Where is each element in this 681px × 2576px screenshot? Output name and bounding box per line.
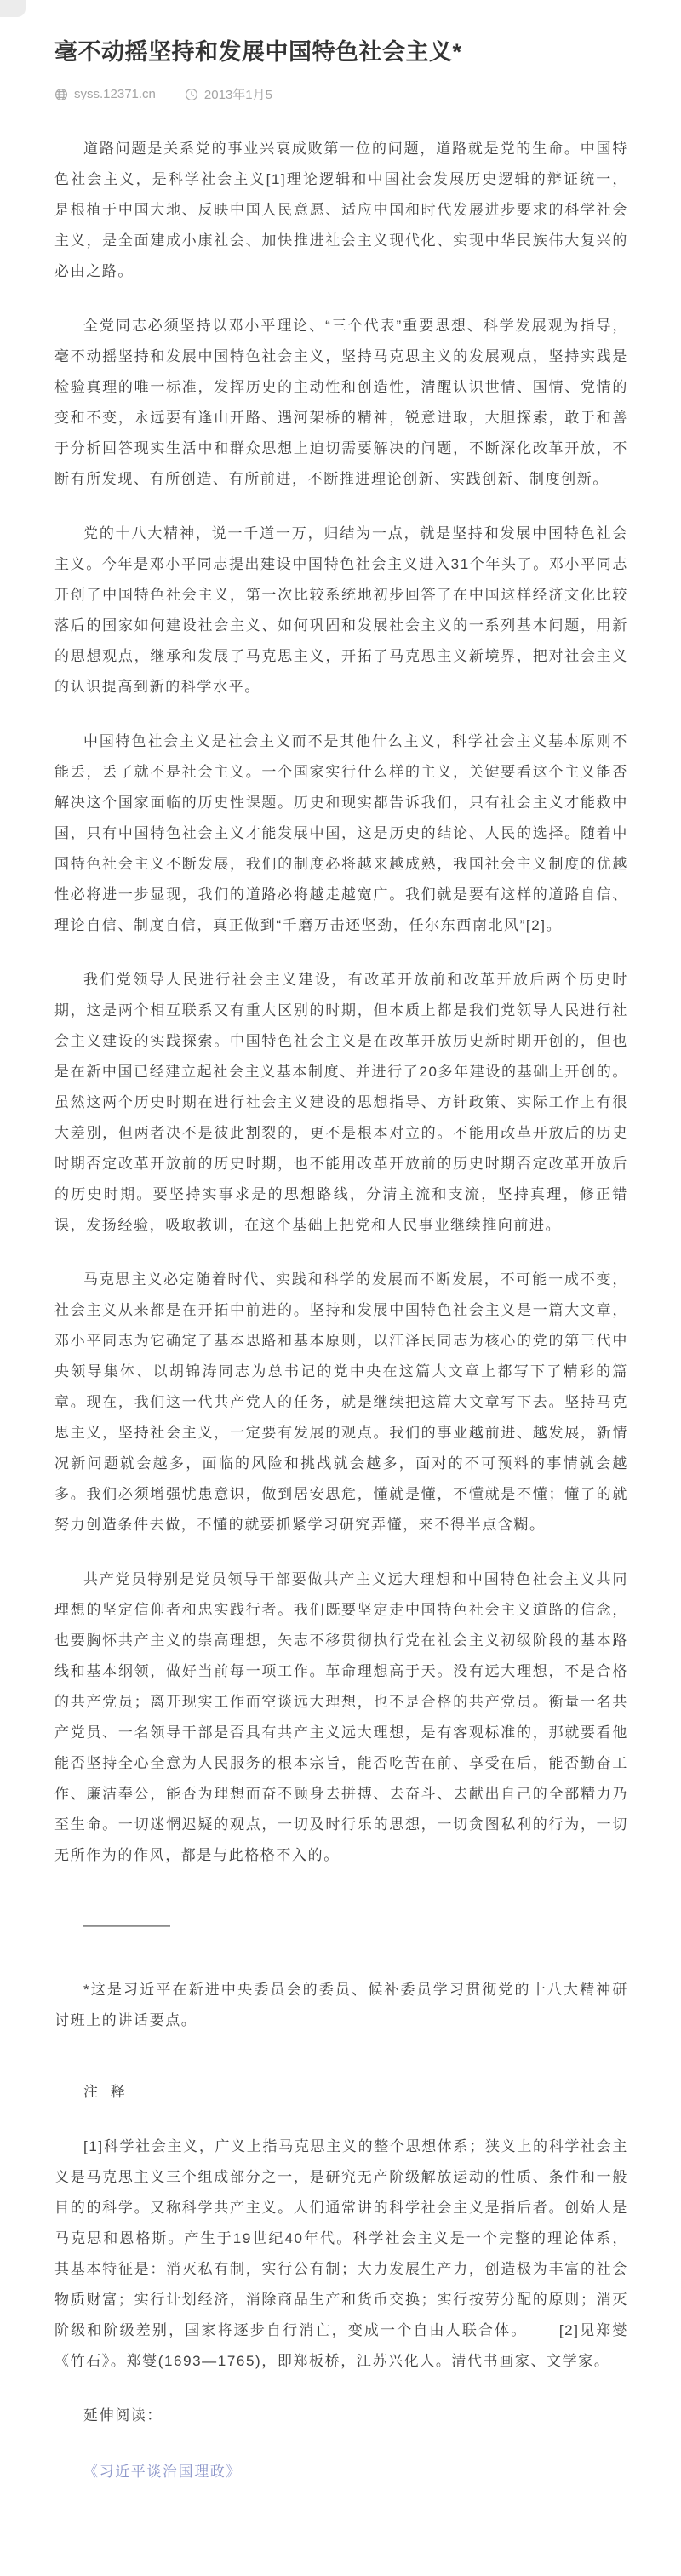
meta-date-text: 2013年1月5 (204, 85, 272, 103)
note-1: [1]科学社会主义，广义上指马克思主义的整个思想体系；狭义上的科学社会主义是马克… (54, 2138, 628, 2338)
meta-date: 2013年1月5 (185, 85, 272, 103)
page-corner-artifact (0, 0, 26, 17)
paragraph-6: 马克思主义必定随着时代、实践和科学的发展而不断发展，不可能一成不变，社会主义从来… (54, 1265, 628, 1540)
page-title: 毫不动摇坚持和发展中国特色社会主义* (54, 37, 628, 66)
paragraph-7: 共产党员特别是党员领导干部要做共产主义远大理想和中国特色社会主义共同理想的坚定信… (54, 1564, 628, 1871)
article-meta: syss.12371.cn 2013年1月5 (54, 85, 628, 103)
meta-source-text: syss.12371.cn (74, 87, 156, 101)
clock-icon (185, 88, 198, 101)
paragraph-2: 全党同志必须坚持以邓小平理论、“三个代表”重要思想、科学发展观为指导，毫不动摇坚… (54, 311, 628, 495)
paragraph-5: 我们党领导人民进行社会主义建设，有改革开放前和改革开放后两个历史时期，这是两个相… (54, 965, 628, 1241)
meta-source: syss.12371.cn (54, 87, 156, 101)
paragraph-1: 道路问题是关系党的事业兴衰成败第一位的问题，道路就是党的生命。中国特色社会主义，… (54, 134, 628, 287)
globe-icon (54, 88, 68, 101)
article-content: 毫不动摇坚持和发展中国特色社会主义* syss.12371.cn (0, 0, 681, 2521)
notes-heading: 注 释 (54, 2077, 628, 2108)
article-page: 毫不动摇坚持和发展中国特色社会主义* syss.12371.cn (0, 0, 681, 2576)
extended-reading-label: 延伸阅读： (54, 2401, 628, 2431)
extended-reading-item: 《习近平谈治国理政》 (54, 2457, 628, 2487)
paragraph-3: 党的十八大精神，说一千道一万，归结为一点，就是坚持和发展中国特色社会主义。今年是… (54, 519, 628, 703)
footnote-text: *这是习近平在新进中央委员会的委员、候补委员学习贯彻党的十八大精神研讨班上的讲话… (54, 1975, 628, 2036)
paragraph-4: 中国特色社会主义是社会主义而不是其他什么主义，科学社会主义基本原则不能丢，丢了就… (54, 726, 628, 941)
footnote-separator: —————— (54, 1910, 628, 1941)
notes-paragraph: [1]科学社会主义，广义上指马克思主义的整个思想体系；狭义上的科学社会主义是马克… (54, 2131, 628, 2377)
extended-reading-link[interactable]: 《习近平谈治国理政》 (83, 2464, 242, 2480)
